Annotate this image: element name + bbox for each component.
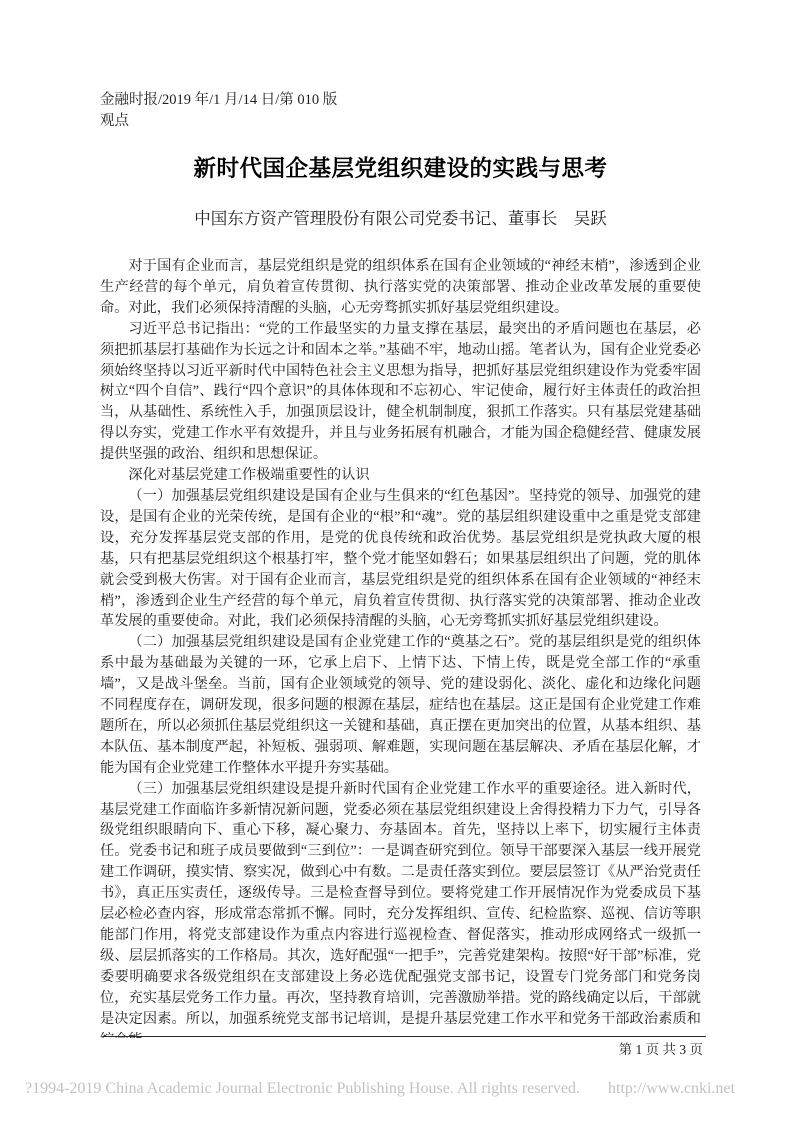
footer-divider — [103, 1036, 706, 1037]
body-paragraph: 习近平总书记指出：“党的工作最坚实的力量支撑在基层，最突出的矛盾问题也在基层，必… — [100, 319, 701, 465]
copyright-text: ?1994-2019 China Academic Journal Electr… — [25, 1080, 580, 1097]
cnki-url: http://www.cnki.net — [608, 1080, 735, 1097]
page-indicator: 第 1 页 共 3 页 — [619, 1041, 703, 1059]
document-page: 金融时报/2019 年/1 月/14 日/第 010 版 观点 新时代国企基层党… — [0, 0, 793, 1122]
body-paragraph: 对于国有企业而言，基层党组织是党的组织体系在国有企业领域的“神经末梢”，渗透到企… — [100, 256, 701, 319]
article-content: 金融时报/2019 年/1 月/14 日/第 010 版 观点 新时代国企基层党… — [100, 90, 701, 1038]
body-paragraph: （一）加强基层党组织建设是国有企业与生俱来的“红色基因”。坚持党的领导、加强党的… — [100, 486, 701, 632]
section-heading: 深化对基层党建工作极端重要性的认识 — [100, 465, 701, 486]
body-paragraph: （三）加强基层党组织建设是提升新时代国有企业党建工作水平的重要途径。进入新时代，… — [100, 779, 701, 1038]
article-body: 对于国有企业而言，基层党组织是党的组织体系在国有企业领域的“神经末梢”，渗透到企… — [100, 256, 701, 1038]
column-name: 观点 — [100, 111, 701, 132]
article-title: 新时代国企基层党组织建设的实践与思考 — [100, 154, 701, 184]
article-author: 中国东方资产管理股份有限公司党委书记、董事长 吴跃 — [100, 208, 701, 230]
publication-info: 金融时报/2019 年/1 月/14 日/第 010 版 — [100, 90, 701, 111]
body-paragraph: （二）加强基层党组织建设是国有企业党建工作的“奠基之石”。党的基层组织是党的组织… — [100, 632, 701, 778]
cnki-watermark: ?1994-2019 China Academic Journal Electr… — [25, 1079, 765, 1099]
